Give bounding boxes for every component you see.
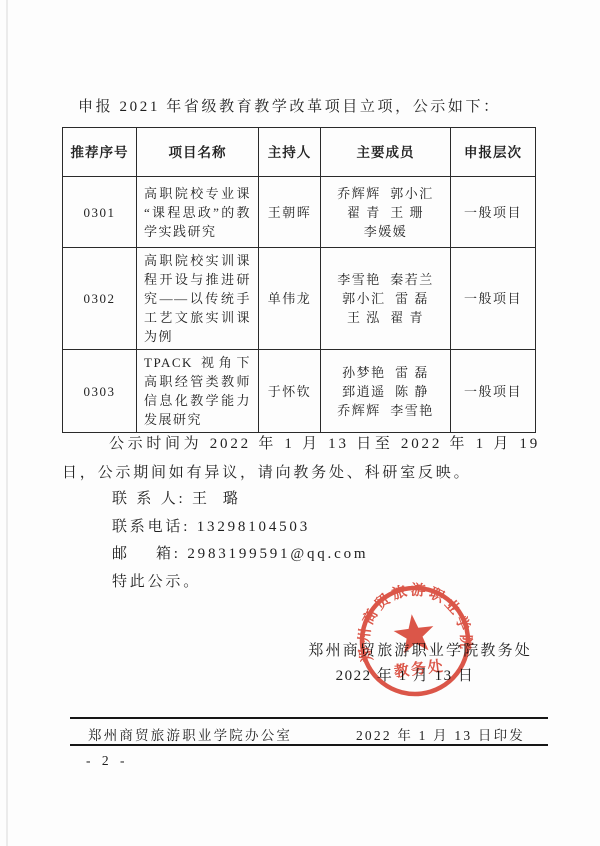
- member-line: 乔辉辉 郭小汇: [328, 184, 443, 203]
- cell-project-title: 高职院校专业课“课程思政”的教学实践研究: [137, 177, 259, 248]
- header-host: 主持人: [259, 128, 321, 177]
- member-line: 翟 青 王 珊: [328, 203, 443, 222]
- footer-rule-bottom: [70, 744, 548, 746]
- cell-level: 一般项目: [451, 177, 536, 248]
- member-line: 李媛媛: [328, 222, 443, 241]
- table-row: 0303 TPACK 视角下高职经管类教师信息化教学能力发展研究 于怀钦 孙梦艳…: [63, 350, 536, 433]
- header-serial: 推荐序号: [63, 128, 137, 177]
- table-row: 0302 高职院校实训课程开设与推进研究——以传统手工艺文旅实训课为例 单伟龙 …: [63, 248, 536, 350]
- table-header-row: 推荐序号 项目名称 主持人 主要成员 申报层次: [63, 128, 536, 177]
- official-seal: 郑州商贸旅游职业学院 教务处: [335, 561, 495, 721]
- footer-rule-top: [70, 717, 548, 719]
- projects-table: 推荐序号 项目名称 主持人 主要成员 申报层次 0301 高职院校专业课“课程思…: [62, 127, 536, 433]
- scan-edge-artifact: [6, 0, 8, 846]
- intro-line: 申报 2021 年省级教育教学改革项目立项，公示如下：: [78, 95, 548, 116]
- member-line: 孙梦艳 雷 磊: [328, 363, 443, 382]
- cell-serial: 0302: [63, 248, 137, 350]
- cell-host: 王朝晖: [259, 177, 321, 248]
- footer-row: 郑州商贸旅游职业学院办公室 2022 年 1 月 13 日印发: [88, 724, 525, 744]
- cell-serial: 0303: [63, 350, 137, 433]
- cell-level: 一般项目: [451, 350, 536, 433]
- cell-level: 一般项目: [451, 248, 536, 350]
- contact-email-label: 邮 箱:: [112, 546, 181, 562]
- contact-person-label: 联 系 人:: [112, 491, 185, 507]
- header-members: 主要成员: [321, 128, 451, 177]
- document-page: 申报 2021 年省级教育教学改革项目立项，公示如下： 推荐序号 项目名称 主持…: [0, 0, 600, 846]
- cell-project-title: TPACK 视角下高职经管类教师信息化教学能力发展研究: [137, 350, 259, 433]
- footer-office: 郑州商贸旅游职业学院办公室: [88, 724, 292, 744]
- member-line: 乔辉辉 李雪艳: [328, 401, 443, 420]
- cell-project-title: 高职院校实训课程开设与推进研究——以传统手工艺文旅实训课为例: [137, 248, 259, 350]
- seal-department-text: 教务处: [393, 657, 446, 681]
- cell-members: 李雪艳 秦若兰 郭小汇 雷 磊 王 泓 翟 青: [321, 248, 451, 350]
- seal-star-icon: [392, 612, 436, 655]
- member-line: 王 泓 翟 青: [328, 308, 443, 327]
- cell-members: 孙梦艳 雷 磊 郅逍遥 陈 静 乔辉辉 李雪艳: [321, 350, 451, 433]
- header-project-name: 项目名称: [137, 128, 259, 177]
- cell-serial: 0301: [63, 177, 137, 248]
- cell-host: 于怀钦: [259, 350, 321, 433]
- contact-person: 联 系 人: 王 璐: [112, 487, 542, 515]
- contact-person-value: 王 璐: [192, 491, 241, 507]
- member-line: 李雪艳 秦若兰: [328, 270, 443, 289]
- contact-email-value: 2983199591@qq.com: [187, 546, 368, 562]
- cell-host: 单伟龙: [259, 248, 321, 350]
- footer-issue-date: 2022 年 1 月 13 日印发: [356, 724, 525, 744]
- contact-phone: 联系电话: 13298104503: [112, 515, 542, 543]
- header-level: 申报层次: [451, 128, 536, 177]
- cell-members: 乔辉辉 郭小汇 翟 青 王 珊 李媛媛: [321, 177, 451, 248]
- member-line: 郅逍遥 陈 静: [328, 382, 443, 401]
- notice-period-paragraph: 公示时间为 2022 年 1 月 13 日至 2022 年 1 月 19 日，公…: [62, 430, 540, 487]
- member-line: 郭小汇 雷 磊: [328, 289, 443, 308]
- table-row: 0301 高职院校专业课“课程思政”的教学实践研究 王朝晖 乔辉辉 郭小汇 翟 …: [63, 177, 536, 248]
- page-number: - 2 -: [86, 753, 129, 769]
- contact-phone-label: 联系电话:: [112, 519, 190, 535]
- contact-phone-value: 13298104503: [197, 519, 310, 535]
